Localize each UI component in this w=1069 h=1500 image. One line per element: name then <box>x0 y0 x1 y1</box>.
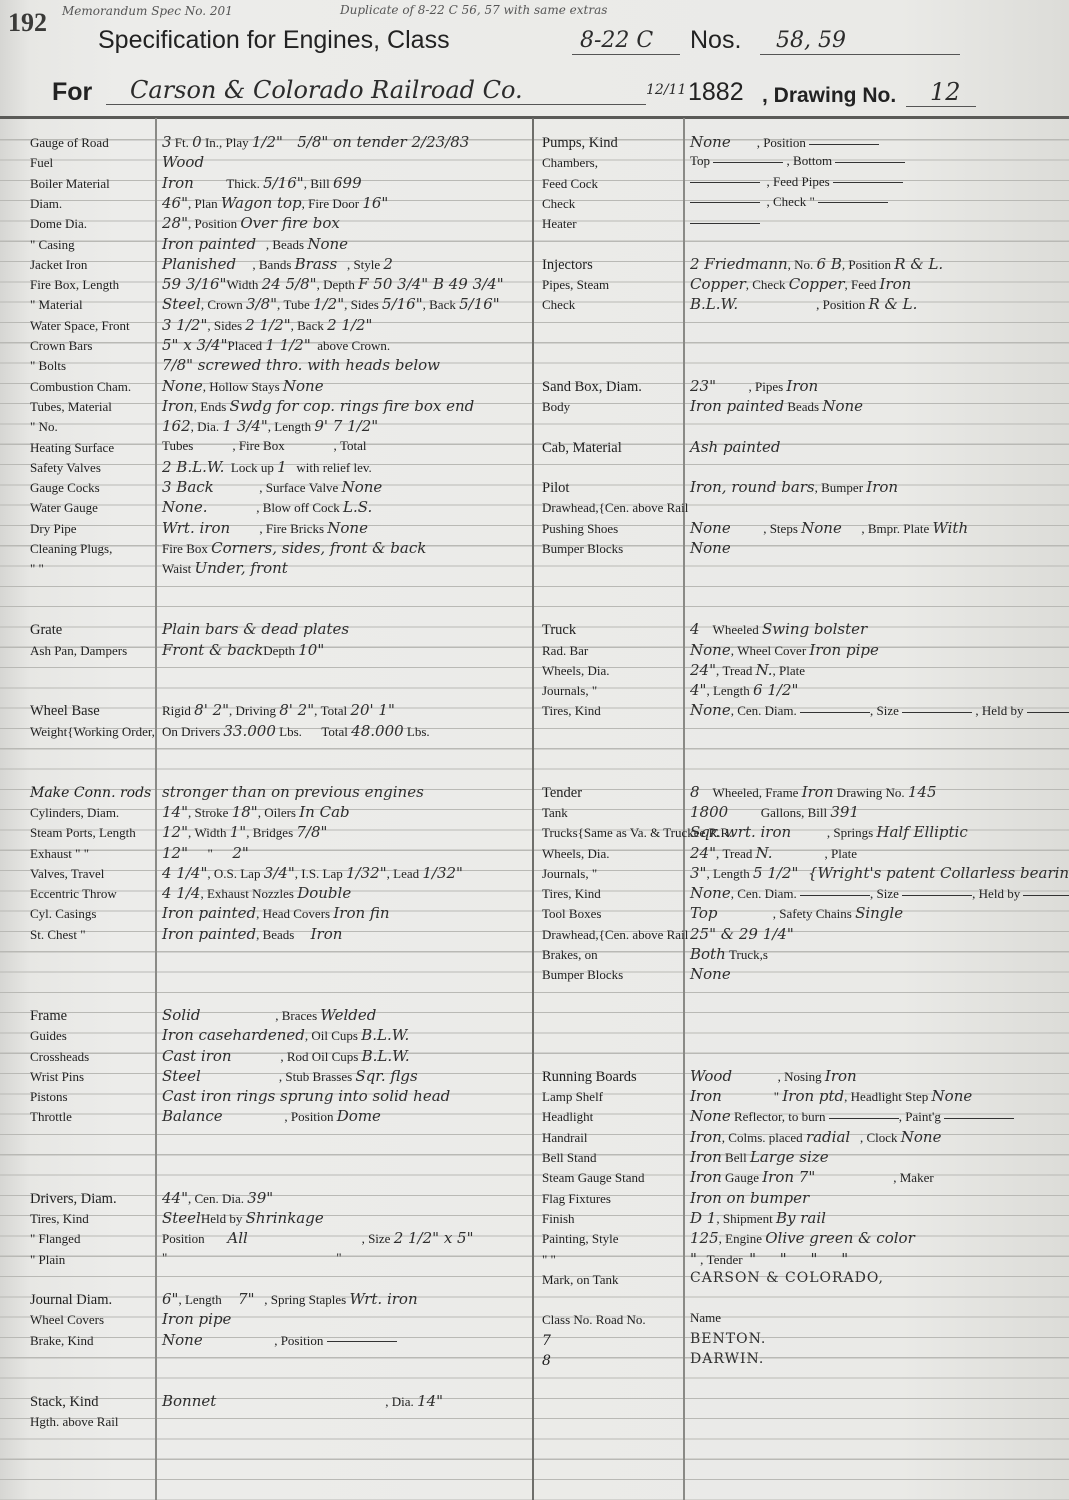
handwritten-entry: 20' 1" <box>350 701 394 719</box>
handwritten-entry: Corners, sides, front & back <box>211 539 426 557</box>
printed-field-label: , Check <box>746 277 789 292</box>
left-value: 28", Position Over fire box <box>162 214 340 232</box>
printed-field-label: , Fire Door <box>302 196 363 211</box>
handwritten-entry: 3/4" <box>264 864 295 882</box>
printed-field-label: Thick. <box>194 176 263 191</box>
handwritten-entry: Iron pipe <box>809 641 878 659</box>
left-value: 2 B.L.W. Lock up 1 with relief lev. <box>162 458 372 476</box>
left-value: Wrt. iron , Fire Bricks None <box>162 519 368 537</box>
printed-field-label: , Shipment <box>716 1211 776 1226</box>
handwritten-entry: 2" <box>232 844 248 862</box>
left-label: Make Conn. rods <box>30 785 151 801</box>
handwritten-entry: Solid <box>162 1006 201 1024</box>
left-label: Frame <box>30 1008 67 1025</box>
left-value: 46", Plan Wagon top, Fire Door 16" <box>162 194 388 212</box>
handwritten-entry: 12" <box>162 823 188 841</box>
handwritten-entry: 8' 2" <box>194 701 229 719</box>
right-value: CARSON & COLORADO, <box>690 1270 884 1286</box>
right-value: 4 Wheeled Swing bolster <box>690 620 867 638</box>
right-label: Tires, Kind <box>542 703 601 719</box>
printed-field-label: , Bumper <box>815 480 867 495</box>
printed-field-label: Beads <box>784 399 822 414</box>
blank-line <box>818 202 888 203</box>
left-value: Iron casehardened, Oil Cups B.L.W. <box>162 1026 409 1044</box>
handwritten-entry: Sqr. flgs <box>355 1067 417 1085</box>
right-label: Pumps, Kind <box>542 135 618 152</box>
printed-field-label: , Feed Pipes <box>760 174 833 189</box>
handwritten-entry: 3 <box>162 133 172 151</box>
printed-field-label: , Stub Brasses <box>201 1069 356 1084</box>
handwritten-entry: Iron painted <box>162 904 256 922</box>
left-column-rule <box>155 118 157 1500</box>
handwritten-entry: Iron <box>880 275 912 293</box>
handwritten-entry: 5/16" <box>263 174 304 192</box>
right-value: None <box>690 539 731 557</box>
right-value: Iron, round bars, Bumper Iron <box>690 478 898 496</box>
right-label: " " <box>542 1252 556 1268</box>
left-value: None , Position <box>162 1331 397 1349</box>
blank-line <box>1027 712 1069 713</box>
handwritten-entry: 7/8" <box>296 823 327 841</box>
handwritten-entry: Welded <box>320 1006 376 1024</box>
left-label: Safety Valves <box>30 460 101 476</box>
printed-field-label: , Exhaust Nozzles <box>200 886 297 901</box>
right-value: Iron on bumper <box>690 1189 809 1207</box>
printed-field-label: , Length <box>178 1292 238 1307</box>
printed-field-label: , Plan <box>188 196 221 211</box>
left-label: Hgth. above Rail <box>30 1414 118 1430</box>
handwritten-entry: 391 <box>830 803 859 821</box>
handwritten-entry: 33.000 <box>223 722 276 740</box>
printed-field-label: , Driving <box>229 703 279 718</box>
handwritten-entry: Iron, round bars <box>690 478 815 496</box>
left-value: Position All , Size 2 1/2" x 5" <box>162 1229 474 1247</box>
right-label: Feed Cock <box>542 176 598 192</box>
left-label: " Flanged <box>30 1231 80 1247</box>
left-label: Gauge of Road <box>30 135 109 151</box>
left-value: " " <box>162 1250 342 1266</box>
handwritten-entry: 4 <box>690 620 700 638</box>
right-label: Drawhead,{Cen. above Rail <box>542 500 688 516</box>
left-value: Plain bars & dead plates <box>162 620 349 638</box>
printed-field-label: , No. <box>788 257 817 272</box>
left-value: 14", Stroke 18", Oilers In Cab <box>162 803 350 821</box>
left-label: St. Chest " <box>30 927 86 943</box>
left-value: Solid , Braces Welded <box>162 1006 376 1024</box>
handwritten-entry: Under, front <box>195 559 288 577</box>
handwritten-entry: 4" <box>690 681 706 699</box>
handwritten-entry: N. <box>756 661 773 679</box>
handwritten-entry: 39" <box>247 1189 273 1207</box>
handwritten-entry: Iron <box>690 1087 722 1105</box>
printed-field-label: Name <box>690 1310 721 1325</box>
handwritten-entry: Double <box>297 884 351 902</box>
handwritten-entry: All <box>227 1229 247 1247</box>
left-label: Crown Bars <box>30 338 92 354</box>
left-label: Grate <box>30 622 62 639</box>
handwritten-entry: Iron <box>162 174 194 192</box>
blank-line <box>902 712 972 713</box>
left-value: Iron pipe <box>162 1310 231 1328</box>
left-label: Fuel <box>30 155 53 171</box>
handwritten-entry: 2 Friedmann <box>690 255 788 273</box>
blank-line <box>690 223 760 224</box>
left-label: Brake, Kind <box>30 1333 94 1349</box>
right-value: 24", Tread N. , Plate <box>690 844 857 862</box>
printed-field-label: Reflector, to burn <box>731 1109 829 1124</box>
left-value: 6", Length 7" , Spring Staples Wrt. iron <box>162 1290 418 1308</box>
printed-field-label: , Tread <box>716 846 756 861</box>
handwritten-entry: Iron pipe <box>162 1310 231 1328</box>
printed-field-label: , Back <box>423 297 459 312</box>
handwritten-entry: None <box>690 539 731 557</box>
handwritten-entry: None <box>822 397 863 415</box>
handwritten-entry: 24 5/8" <box>262 275 317 293</box>
left-label: Cleaning Plugs, <box>30 541 112 557</box>
handwritten-entry: radial <box>806 1128 850 1146</box>
printed-field-label: Truck,s <box>726 947 768 962</box>
handwritten-entry: Copper <box>789 275 845 293</box>
date-prefix: 12/11 <box>646 82 686 98</box>
right-label: Pilot <box>542 480 569 497</box>
header-rule <box>0 116 1069 119</box>
printed-field-label: , Bridges <box>246 825 296 840</box>
left-value: 3 Back , Surface Valve None <box>162 478 382 496</box>
printed-field-label: Gallons, Bill <box>728 805 830 820</box>
printed-field-label: , Beads <box>256 237 307 252</box>
left-label: Fire Box, Length <box>30 277 119 293</box>
right-column-rule <box>683 118 685 1500</box>
handwritten-entry: None. <box>162 498 207 516</box>
right-value: DARWIN. <box>690 1351 764 1367</box>
printed-field-label: , Position <box>223 1109 337 1124</box>
left-value: Iron Thick. 5/16", Bill 699 <box>162 174 362 192</box>
right-value: BENTON. <box>690 1331 766 1347</box>
printed-field-label: , Depth <box>317 277 359 292</box>
handwritten-entry: B.L.W. <box>690 295 738 313</box>
handwritten-entry: Single <box>855 904 903 922</box>
printed-field-label: Wheeled <box>700 622 762 637</box>
handwritten-entry: None <box>801 519 842 537</box>
handwritten-entry: 5 1/2" <box>753 864 798 882</box>
left-value: stronger than on previous engines <box>162 783 424 801</box>
right-value: 2 Friedmann, No. 6 B, Position R & L. <box>690 255 943 273</box>
handwritten-entry: Iron painted <box>162 235 256 253</box>
printed-field-label: , Position <box>188 216 240 231</box>
printed-field-label: , Nosing <box>732 1069 825 1084</box>
printed-field-label: Wheeled, Frame <box>700 785 802 800</box>
handwritten-entry: Wood <box>690 1067 732 1085</box>
printed-field-label: Placed <box>227 338 265 353</box>
handwritten-entry: None <box>327 519 368 537</box>
handwritten-entry: In Cab <box>299 803 349 821</box>
memo-note: Memorandum Spec No. 201 <box>62 4 233 18</box>
handwritten-entry: 6 1/2" <box>753 681 798 699</box>
handwritten-entry: Steel <box>162 295 201 313</box>
handwritten-entry: 14" <box>162 803 188 821</box>
left-value: Iron painted , Beads None <box>162 235 348 253</box>
printed-field-label: , Sides <box>344 297 382 312</box>
right-label: Class No. Road No. <box>542 1312 646 1328</box>
handwritten-entry: 125 <box>690 1229 719 1247</box>
blank-line <box>1023 895 1069 896</box>
handwritten-entry: None <box>690 884 731 902</box>
handwritten-entry: 7" <box>238 1290 254 1308</box>
right-label: Check <box>542 297 575 313</box>
printed-field-label: , Head Covers <box>256 906 333 921</box>
printed-field-label: , I.S. Lap <box>295 866 346 881</box>
printed-field-label: , Lead <box>387 866 423 881</box>
printed-field-label: Gauge <box>722 1170 762 1185</box>
right-value: None, Cen. Diam. , Size , Held by <box>690 701 1069 719</box>
right-label: Check <box>542 196 575 212</box>
printed-field-label: , Springs <box>791 825 876 840</box>
handwritten-entry: " " " " <box>749 1250 848 1268</box>
left-label: " Bolts <box>30 358 66 374</box>
right-value: None <box>690 965 731 983</box>
handwritten-entry: Brass <box>295 255 338 273</box>
page-title: Specification for Engines, Class <box>98 26 450 55</box>
right-label: Bell Stand <box>542 1150 597 1166</box>
right-value: " , Tender " " " " <box>690 1250 848 1268</box>
printed-field-label: , Size <box>248 1231 394 1246</box>
right-label: Painting, Style <box>542 1231 619 1247</box>
handwritten-entry: 5/16" <box>459 295 500 313</box>
handwritten-entry: 1/2" <box>313 295 344 313</box>
handwritten-entry: R & L. <box>894 255 943 273</box>
handwritten-entry: 8 <box>690 783 700 801</box>
right-label: Pipes, Steam <box>542 277 609 293</box>
right-value: Name <box>690 1310 721 1326</box>
handwritten-entry: 8' 2" <box>279 701 314 719</box>
handwritten-entry: Swing bolster <box>762 620 867 638</box>
handwritten-entry: Wood <box>162 153 204 171</box>
printed-field-label: Depth <box>263 643 298 658</box>
handwritten-entry: Iron ptd <box>782 1087 844 1105</box>
year: 1882 <box>688 78 744 107</box>
handwritten-entry: 1800 <box>690 803 728 821</box>
nos-label: Nos. <box>690 26 741 55</box>
left-label: Cyl. Casings <box>30 906 96 922</box>
left-label: Dome Dia. <box>30 216 87 232</box>
handwritten-entry: 1 <box>277 458 287 476</box>
right-value <box>690 214 760 230</box>
left-label: Wheel Base <box>30 703 100 720</box>
left-label: Water Space, Front <box>30 318 130 334</box>
blank-line <box>835 162 905 163</box>
left-label: Exhaust " " <box>30 846 89 862</box>
left-label: Steam Ports, Length <box>30 825 136 841</box>
handwritten-entry: 14" <box>417 1392 443 1410</box>
left-label: Guides <box>30 1028 67 1044</box>
left-value: Bonnet , Dia. 14" <box>162 1392 443 1410</box>
printed-field-label: , Headlight Step <box>844 1089 931 1104</box>
handwritten-entry: Iron <box>311 925 343 943</box>
blank-line <box>800 712 870 713</box>
left-value: Fire Box Corners, sides, front & back <box>162 539 426 557</box>
handwritten-entry: 6 B <box>817 255 842 273</box>
right-value: Top , Safety Chains Single <box>690 904 903 922</box>
handwritten-entry: 48.000 <box>351 722 404 740</box>
right-label: Handrail <box>542 1130 587 1146</box>
printed-field-label: , Safety Chains <box>717 906 855 921</box>
handwritten-entry: None <box>162 377 203 395</box>
left-value: Steel , Stub Brasses Sqr. flgs <box>162 1067 418 1085</box>
right-label: Brakes, on <box>542 947 598 963</box>
printed-field-label: , Bill <box>304 176 333 191</box>
left-label: Ash Pan, Dampers <box>30 643 127 659</box>
handwritten-entry: 1/32" <box>346 864 387 882</box>
left-label: Dry Pipe <box>30 521 77 537</box>
printed-field-label: Tubes <box>162 438 193 453</box>
printed-field-label: , Rod Oil Cups <box>232 1049 362 1064</box>
handwritten-entry: Iron <box>825 1067 857 1085</box>
left-value: SteelHeld by Shrinkage <box>162 1209 324 1227</box>
left-value: Cast iron rings sprung into solid head <box>162 1087 450 1105</box>
handwritten-entry: F 50 3/4" B 49 3/4" <box>358 275 504 293</box>
printed-field-label: , Cen. Dia. <box>188 1191 247 1206</box>
printed-field-label: , Held by <box>972 886 1023 901</box>
printed-field-label: , Bands <box>236 257 295 272</box>
blank-line <box>713 162 783 163</box>
right-value: Iron Gauge Iron 7" , Maker <box>690 1168 934 1186</box>
handwritten-entry: 24" <box>690 661 716 679</box>
handwritten-entry: 24" <box>690 844 716 862</box>
right-label: Bumper Blocks <box>542 967 623 983</box>
handwritten-entry: Cast iron <box>162 1047 232 1065</box>
right-label: Lamp Shelf <box>542 1089 603 1105</box>
printed-field-label: Position <box>162 1231 227 1246</box>
handwritten-entry: With <box>932 519 968 537</box>
blank-line <box>829 1118 899 1119</box>
printed-field-label: Bell <box>722 1150 750 1165</box>
handwritten-entry: Wagon top <box>221 194 302 212</box>
handwritten-entry: 44" <box>162 1189 188 1207</box>
right-label: Journals, " <box>542 683 597 699</box>
left-value: 3 Ft. 0 In., Play 1/2" 5/8" on tender 2/… <box>162 133 469 151</box>
printed-field-label: , Fire Box <box>193 438 284 453</box>
left-value: Balance , Position Dome <box>162 1107 381 1125</box>
right-value: Iron Bell Large size <box>690 1148 829 1166</box>
right-value: Ash painted <box>690 438 780 456</box>
printed-field-label: , Paint'g <box>899 1109 944 1124</box>
blank-line <box>800 895 870 896</box>
right-value: 23" , Pipes Iron <box>690 377 818 395</box>
handwritten-entry: Planished <box>162 255 236 273</box>
handwritten-entry: 5/16" <box>382 295 423 313</box>
printed-field-label: , Cen. Diam. <box>731 886 800 901</box>
left-value: On Drivers 33.000 Lbs. Total 48.000 Lbs. <box>162 722 430 740</box>
right-label: Steam Gauge Stand <box>542 1170 645 1186</box>
lettered-entry: DARWIN. <box>690 1351 764 1367</box>
handwritten-entry: Both <box>690 945 726 963</box>
left-value: 162, Dia. 1 3/4", Length 9' 7 1/2" <box>162 417 378 435</box>
left-label: Cylinders, Diam. <box>30 805 119 821</box>
right-label: Tires, Kind <box>542 886 601 902</box>
printed-field-label: , Oilers <box>258 805 300 820</box>
handwritten-entry: 5/8" on tender 2/23/83 <box>283 133 469 151</box>
right-value: None, Wheel Cover Iron pipe <box>690 641 879 659</box>
printed-field-label: , Dia. <box>216 1394 417 1409</box>
printed-field-label: , Ends <box>194 399 230 414</box>
left-value: None. , Blow off Cock L.S. <box>162 498 372 516</box>
printed-field-label: , Blow off Cock <box>207 500 343 515</box>
right-value: 25" & 29 1/4" <box>690 925 794 943</box>
handwritten-entry: Iron fin <box>333 904 389 922</box>
right-label: Running Boards <box>542 1069 637 1086</box>
right-value: Copper, Check Copper, Feed Iron <box>690 275 911 293</box>
printed-field-label: , Surface Valve <box>214 480 342 495</box>
left-label: Valves, Travel <box>30 866 104 882</box>
handwritten-entry: Steel <box>162 1067 201 1085</box>
handwritten-entry: Ash painted <box>690 438 780 456</box>
handwritten-entry: 18" <box>232 803 258 821</box>
printed-field-label: , Size <box>870 886 902 901</box>
handwritten-entry: Shrinkage <box>246 1209 324 1227</box>
right-value: None, Cen. Diam. , Size , Held by <box>690 884 1069 902</box>
printed-field-label: above Crown. <box>311 338 390 353</box>
handwritten-entry: 2 1/2" <box>245 316 290 334</box>
right-label: Wheels, Dia. <box>542 846 610 862</box>
right-label: Headlight <box>542 1109 593 1125</box>
handwritten-entry: 4 1/4" <box>162 864 207 882</box>
page-number: 192 <box>8 8 47 38</box>
left-value: Wood <box>162 153 204 171</box>
handwritten-entry: Iron <box>866 478 898 496</box>
printed-field-label: , Total <box>314 703 350 718</box>
printed-field-label: Fire Box <box>162 541 211 556</box>
printed-field-label: , Feed <box>845 277 880 292</box>
handwritten-entry: B.L.W. <box>361 1026 409 1044</box>
blank-line <box>833 182 903 183</box>
handwritten-entry: 145 <box>908 783 937 801</box>
handwritten-entry: 699 <box>333 174 362 192</box>
blank-line <box>690 182 760 183</box>
handwritten-entry: Large size <box>750 1148 829 1166</box>
printed-field-label: Lbs. <box>404 724 430 739</box>
printed-field-label: , Dia. <box>191 419 223 434</box>
handwritten-entry: {Wright's patent Collarless bearings <box>798 864 1069 882</box>
right-label: Finish <box>542 1211 575 1227</box>
printed-field-label: , Position <box>842 257 894 272</box>
right-value: 8 Wheeled, Frame Iron Drawing No. 145 <box>690 783 937 801</box>
printed-field-label: , Bottom <box>783 153 835 168</box>
printed-field-label: , Length <box>706 866 753 881</box>
left-label: Combustion Cham. <box>30 379 131 395</box>
printed-field-label: , O.S. Lap <box>207 866 263 881</box>
handwritten-entry: 1" <box>230 823 246 841</box>
printed-field-label: , Style <box>337 257 383 272</box>
left-label: Water Gauge <box>30 500 98 516</box>
handwritten-entry: Wrt. iron <box>349 1290 417 1308</box>
right-label: Injectors <box>542 257 593 274</box>
right-label: Pushing Shoes <box>542 521 618 537</box>
right-value: 1800 Gallons, Bill 391 <box>690 803 859 821</box>
printed-field-label: , Tread <box>716 663 756 678</box>
printed-field-label: , Back <box>291 318 327 333</box>
right-label: 7 <box>542 1333 551 1349</box>
printed-field-label: , Oil Cups <box>305 1028 361 1043</box>
right-label: Flag Fixtures <box>542 1191 611 1207</box>
left-value: None, Hollow Stays None <box>162 377 324 395</box>
handwritten-entry: 28" <box>162 214 188 232</box>
right-label: Truck <box>542 622 576 639</box>
handwritten-entry: Iron <box>802 783 834 801</box>
left-label: Stack, Kind <box>30 1394 98 1411</box>
handwritten-entry: None <box>690 133 731 151</box>
handwritten-entry: 7/8" screwed thro. with heads below <box>162 356 440 374</box>
left-label: Tires, Kind <box>30 1211 89 1227</box>
